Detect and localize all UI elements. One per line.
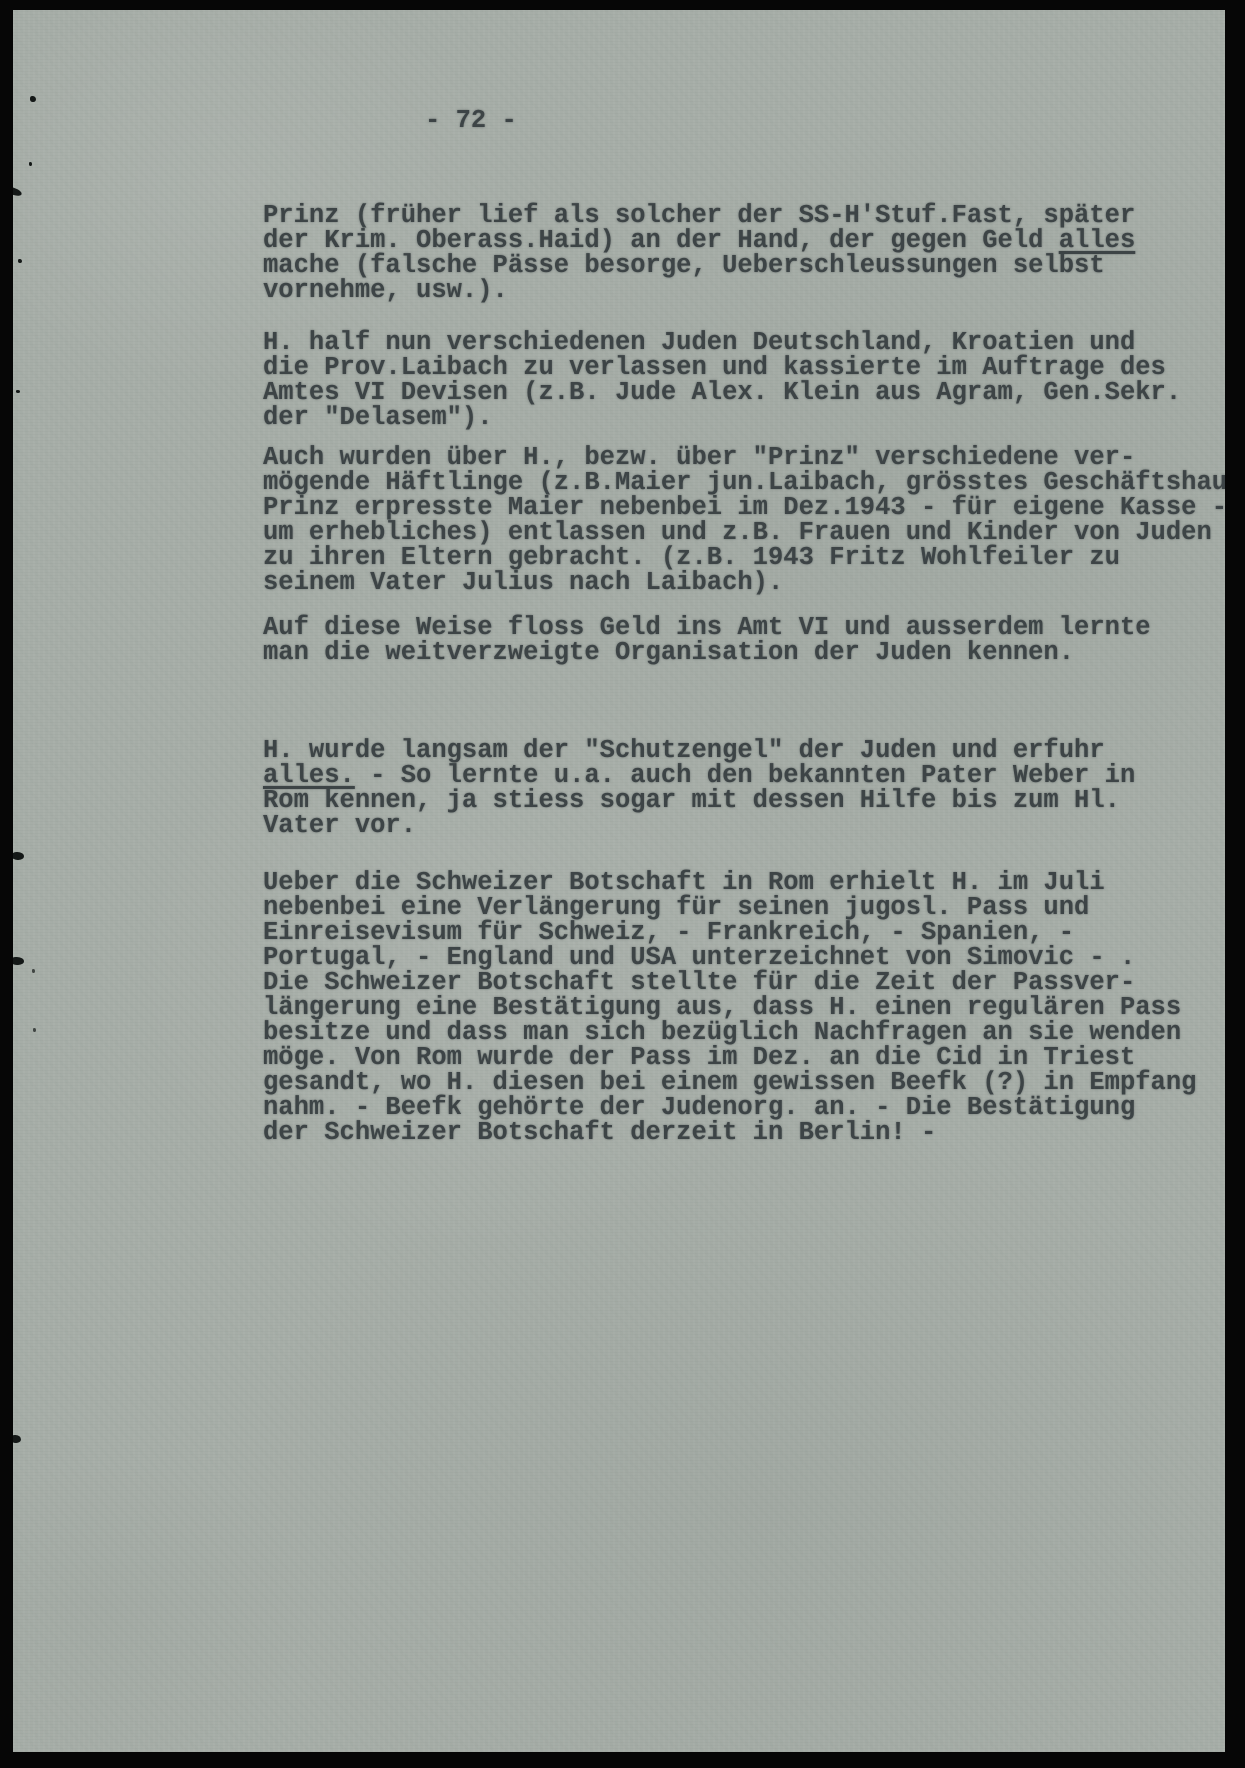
paragraph: Prinz (früher lief als solcher der SS-H'…: [263, 203, 1225, 303]
text-line: möge. Von Rom wurde der Pass im Dez. an …: [263, 1045, 1225, 1070]
paragraph: Auf diese Weise floss Geld ins Amt VI un…: [263, 615, 1225, 665]
text-segment: seinem Vater Julius nach Laibach).: [263, 568, 783, 597]
text-line: man die weitverzweigte Organisation der …: [263, 640, 1225, 665]
text-line: Prinz (früher lief als solcher der SS-H'…: [263, 203, 1225, 228]
margin-tick: [13, 1435, 21, 1443]
text-line: alles. - So lernte u.a. auch den bekannt…: [263, 763, 1225, 788]
ink-speck: [33, 1028, 36, 1032]
text-segment: man die weitverzweigte Organisation der …: [263, 638, 1074, 667]
ink-speck: [30, 96, 36, 102]
text-line: der "Delasem").: [263, 405, 1225, 430]
text-line: gesandt, wo H. diesen bei einem gewissen…: [263, 1070, 1225, 1095]
paragraph: H. half nun verschiedenen Juden Deutschl…: [263, 330, 1225, 430]
margin-tick: [13, 186, 23, 198]
text-line: nebenbei eine Verlängerung für seinen ju…: [263, 895, 1225, 920]
paragraph: H. wurde langsam der "Schutzengel" der J…: [263, 738, 1225, 838]
margin-tick: [13, 957, 24, 965]
text-line: um erhebliches) entlassen und z.B. Fraue…: [263, 520, 1225, 545]
text-line: vornehme, usw.).: [263, 278, 1225, 303]
paragraph: Auch wurden über H., bezw. über "Prinz" …: [263, 445, 1225, 595]
text-line: Amtes VI Devisen (z.B. Jude Alex. Klein …: [263, 380, 1225, 405]
ink-speck: [16, 390, 20, 393]
text-block: Prinz (früher lief als solcher der SS-H'…: [263, 203, 1225, 1145]
text-line: Auch wurden über H., bezw. über "Prinz" …: [263, 445, 1225, 470]
ink-speck: [29, 162, 32, 166]
paragraph: Ueber die Schweizer Botschaft in Rom erh…: [263, 870, 1225, 1145]
text-line: der Schweizer Botschaft derzeit in Berli…: [263, 1120, 1225, 1145]
text-line: mache (falsche Pässe besorge, Ueberschle…: [263, 253, 1225, 278]
text-line: längerung eine Bestätigung aus, dass H. …: [263, 995, 1225, 1020]
text-segment: Vater vor.: [263, 811, 416, 840]
text-line: Prinz erpresste Maier nebenbei im Dez.19…: [263, 495, 1225, 520]
document-page: - 72 - Prinz (früher lief als solcher de…: [13, 10, 1225, 1752]
text-line: mögende Häftlinge (z.B.Maier jun.Laibach…: [263, 470, 1225, 495]
text-line: H. half nun verschiedenen Juden Deutschl…: [263, 330, 1225, 355]
ink-speck: [32, 969, 35, 973]
text-line: die Prov.Laibach zu verlassen und kassie…: [263, 355, 1225, 380]
text-line: der Krim. Oberass.Haid) an der Hand, der…: [263, 228, 1225, 253]
text-line: seinem Vater Julius nach Laibach).: [263, 570, 1225, 595]
text-line: Ueber die Schweizer Botschaft in Rom erh…: [263, 870, 1225, 895]
text-line: zu ihren Eltern gebracht. (z.B. 1943 Fri…: [263, 545, 1225, 570]
text-line: Auf diese Weise floss Geld ins Amt VI un…: [263, 615, 1225, 640]
text-segment: der "Delasem").: [263, 403, 493, 432]
text-segment: vornehme, usw.).: [263, 276, 508, 305]
page-number: - 72 -: [425, 106, 517, 135]
text-line: nahm. - Beefk gehörte der Judenorg. an. …: [263, 1095, 1225, 1120]
text-line: H. wurde langsam der "Schutzengel" der J…: [263, 738, 1225, 763]
text-segment: der Schweizer Botschaft derzeit in Berli…: [263, 1118, 936, 1147]
scan-background: - 72 - Prinz (früher lief als solcher de…: [0, 0, 1245, 1768]
text-line: Einreisevisum für Schweiz, - Frankreich,…: [263, 920, 1225, 945]
text-line: besitze und dass man sich bezüglich Nach…: [263, 1020, 1225, 1045]
text-line: Die Schweizer Botschaft stellte für die …: [263, 970, 1225, 995]
margin-tick: [13, 852, 24, 860]
text-line: Portugal, - England und USA unterzeichne…: [263, 945, 1225, 970]
text-line: Vater vor.: [263, 813, 1225, 838]
ink-speck: [18, 259, 22, 263]
text-line: Rom kennen, ja stiess sogar mit dessen H…: [263, 788, 1225, 813]
